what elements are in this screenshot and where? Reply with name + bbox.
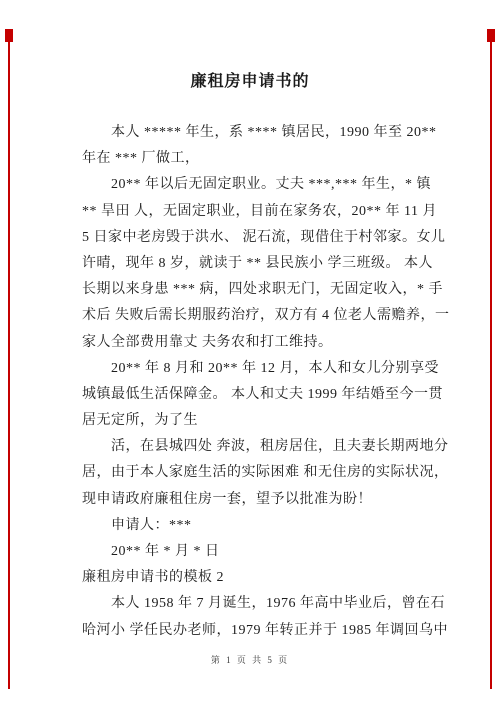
document-body: 本人 ***** 年生，系 **** 镇居民，1990 年至 20** 年在 *… [82,120,456,644]
doc-line: 居，由于本人家庭生活的实际困难 和无住房的实际状况， [82,460,456,486]
doc-line-section-heading: 廉租房申请书的模板 2 [82,565,456,591]
doc-line-applicant: 申请人：*** [82,513,456,539]
document-title: 廉租房申请书的 [0,68,500,91]
doc-line: ** 旱田 人，无固定职业，目前在家务农，20** 年 11 月 [82,199,456,225]
doc-line: 许晴，现年 8 岁，就读于 ** 县民族小 学三班级。 本人 [82,251,456,277]
doc-line: 本人 1958 年 7 月诞生，1976 年高中毕业后，曾在石 [82,591,456,617]
doc-line: 本人 ***** 年生，系 **** 镇居民，1990 年至 20** [82,120,456,146]
doc-line: 哈河小 学任民办老师，1979 年转正并于 1985 年调回乌中 [82,618,456,644]
doc-line: 年在 *** 厂做工， [82,146,456,172]
doc-line: 城镇最低生活保障金。 本人和丈夫 1999 年结婚至今一贯 [82,382,456,408]
document-page: 廉租房申请书的 本人 ***** 年生，系 **** 镇居民，1990 年至 2… [0,0,500,707]
doc-line: 长期以来身患 *** 病，四处求职无门，无固定收入，* 手 [82,277,456,303]
doc-line: 20** 年 8 月和 20** 年 12 月，本人和女儿分别享受 [82,356,456,382]
red-margin-rule-left [8,41,10,689]
doc-line: 现申请政府廉租住房一套，望予以批准为盼！ [82,487,456,513]
doc-line: 术后 失败后需长期服药治疗，双方有 4 位老人需赡养，一 [82,303,456,329]
doc-line: 居无定所，为了生 [82,408,456,434]
doc-line: 20** 年以后无固定职业。丈夫 ***,*** 年生，* 镇 [82,172,456,198]
doc-line: 5 日家中老房毁于洪水、 泥石流，现借住于村邻家。女儿 [82,225,456,251]
doc-line: 活，在县城四处 奔波，租房居住，且夫妻长期两地分 [82,434,456,460]
doc-line: 家人全部费用靠丈 夫务农和打工维持。 [82,330,456,356]
red-margin-rule-right [490,41,492,689]
doc-line-date: 20** 年 * 月 * 日 [82,539,456,565]
page-number-footer: 第 1 页 共 5 页 [0,653,500,666]
